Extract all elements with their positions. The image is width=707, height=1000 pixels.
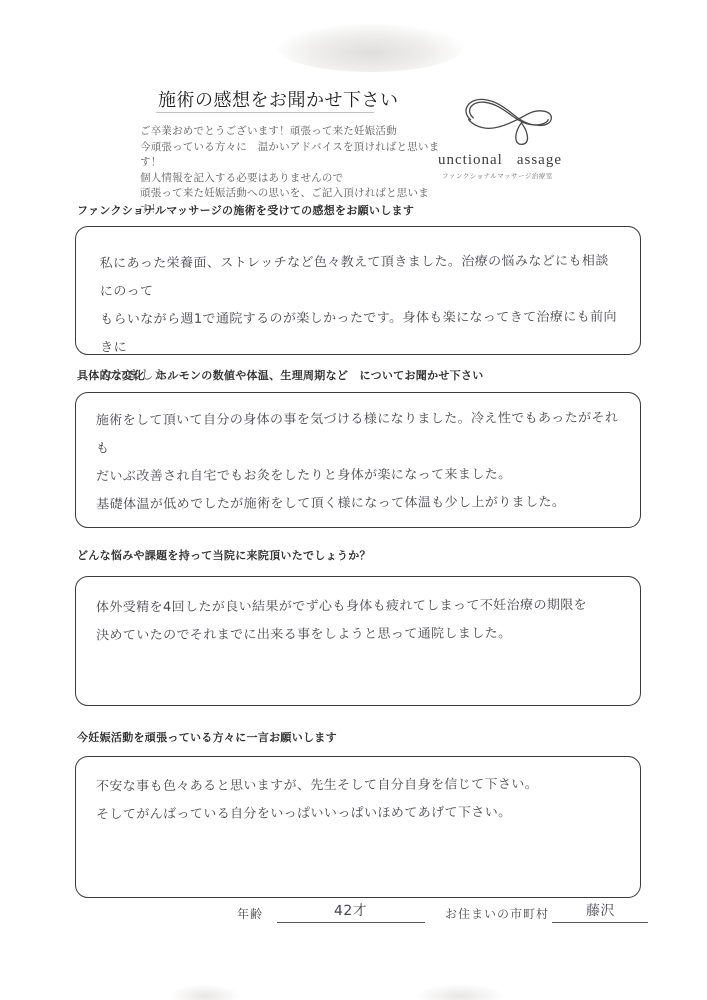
section-3-answer-box: 体外受精を4回したが良い結果がでず心も身体も疲れてしまって不妊治療の期限を 決め… bbox=[75, 576, 641, 706]
scan-smudge-left bbox=[170, 984, 240, 1000]
logo-caption: ファンクショナルマッサージ治療室 bbox=[442, 171, 608, 180]
section-2-header: 具体的な変化 ホルモンの数値や体温、生理周期など についてお聞かせ下さい bbox=[77, 367, 484, 383]
page-title: 施術の感想をお聞かせ下さい bbox=[158, 86, 399, 112]
section-3-handwritten-answer: 体外受精を4回したが良い結果がでず心も身体も疲れてしまって不妊治療の期限を 決め… bbox=[76, 576, 640, 651]
logo-wordmark: unctionalassage bbox=[438, 152, 608, 169]
section-1-handwritten-answer: 私にあった栄養面、ストレッチなど色々教えて頂きました。治療の悩みなどにも相談にの… bbox=[76, 226, 641, 391]
footer-fields: 年齢 42才 お住まいの市町村 藤沢 bbox=[0, 899, 707, 933]
section-1-answer-box: 私にあった栄養面、ストレッチなど色々教えて頂きました。治療の悩みなどにも相談にの… bbox=[75, 226, 641, 355]
section-3-header: どんな悩みや課題を持って当院に来院頂いたでしょうか？ bbox=[77, 547, 371, 563]
section-4-answer-box: 不安な事も色々あると思いますが、先生そして自分自身を信じて下さい。 そしてがんば… bbox=[75, 756, 641, 898]
city-field: 藤沢 bbox=[552, 899, 648, 923]
section-4-handwritten-answer: 不安な事も色々あると思いますが、先生そして自分自身を信じて下さい。 そしてがんば… bbox=[76, 756, 640, 830]
scanned-questionnaire: 施術の感想をお聞かせ下さい ご卒業おめでとうございます！頑張って来た妊娠活動 今… bbox=[0, 0, 707, 1000]
city-handwritten-value: 藤沢 bbox=[586, 899, 615, 923]
scan-smudge-right bbox=[415, 984, 505, 1000]
scan-artifact-top bbox=[278, 24, 463, 72]
title-underline bbox=[156, 112, 374, 113]
city-label: お住まいの市町村 bbox=[445, 905, 549, 922]
age-label: 年齢 bbox=[237, 905, 263, 922]
section-2-answer-box: 施術をして頂いて自分の身体の事を気づける様になりました。冷え性でもあったがそれも… bbox=[75, 392, 641, 528]
ribbon-loop-icon bbox=[438, 92, 608, 150]
section-2-handwritten-answer: 施術をして頂いて自分の身体の事を気づける様になりました。冷え性でもあったがそれも… bbox=[76, 392, 641, 520]
clinic-logo: unctionalassage ファンクショナルマッサージ治療室 bbox=[438, 92, 608, 180]
age-field: 42才 bbox=[277, 899, 425, 923]
age-handwritten-value: 42才 bbox=[334, 899, 367, 923]
section-4-header: 今妊娠活動を頑張っている方々に一言お願いします bbox=[77, 729, 337, 745]
section-1-header: ファンクショナルマッサージの施術を受けての感想をお願いします bbox=[77, 202, 414, 218]
